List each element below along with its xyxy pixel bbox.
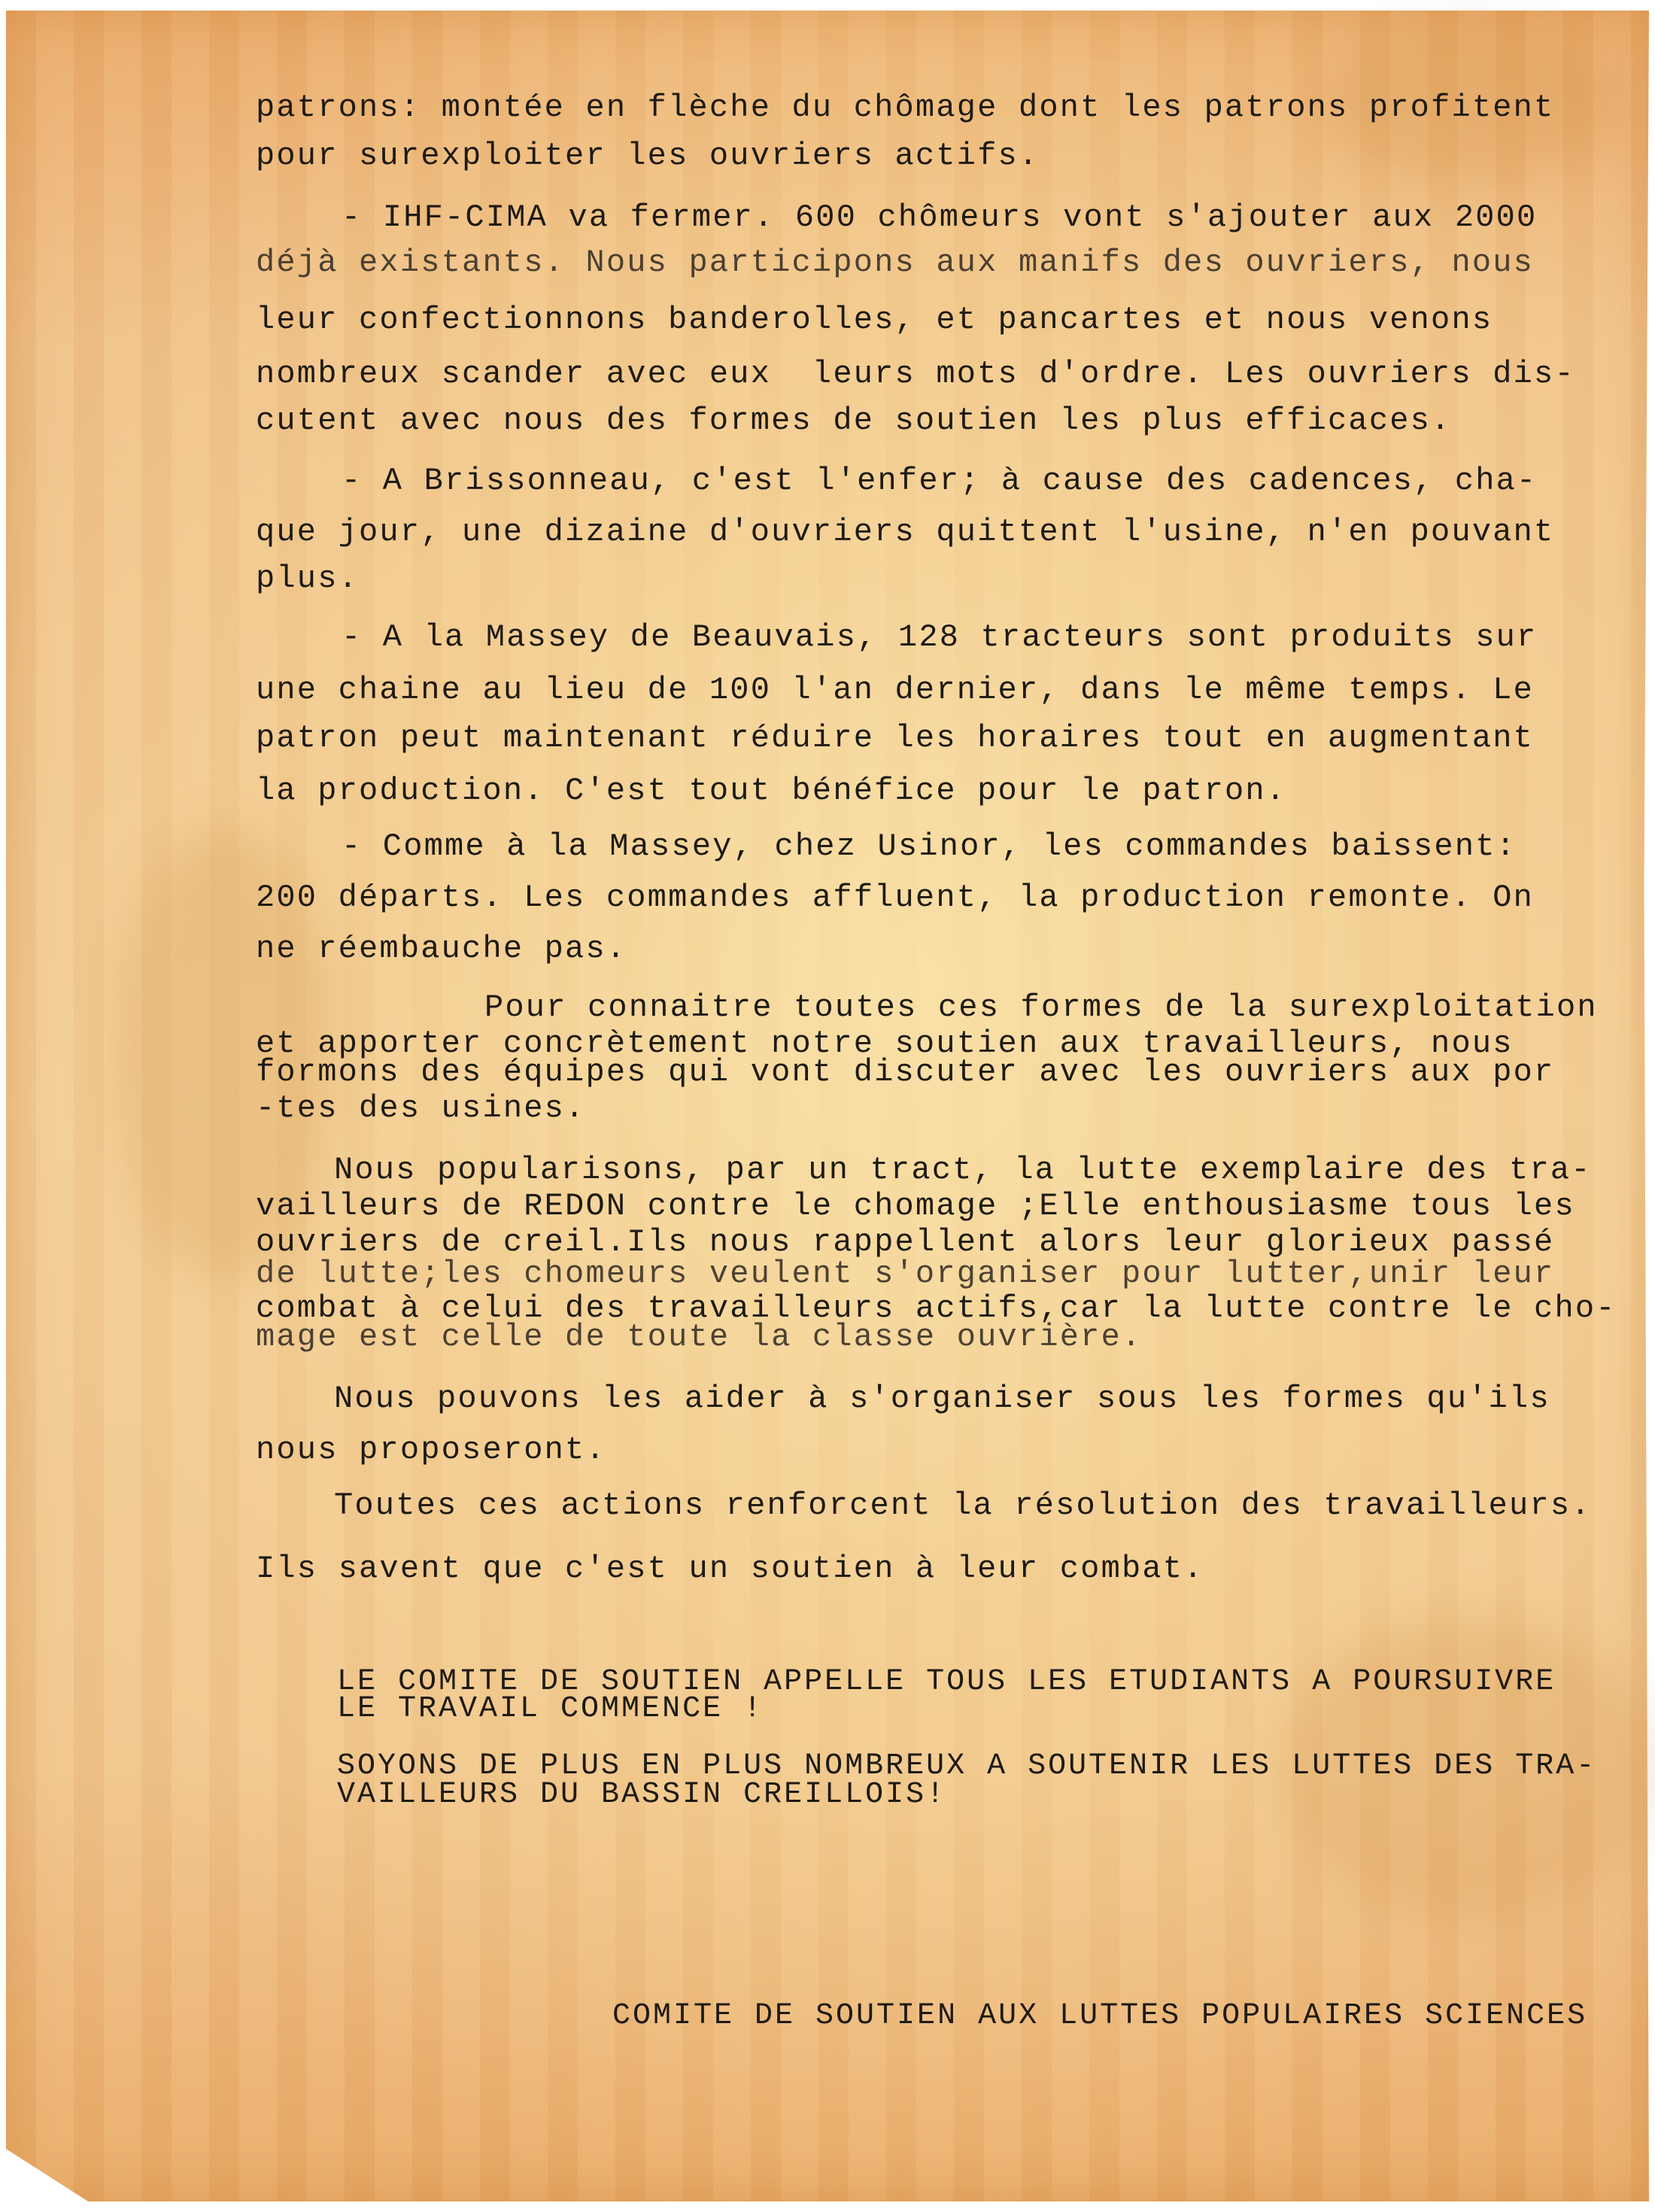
appeal-line: LE TRAVAIL COMMENCE ! [337, 1694, 764, 1724]
body-line: de lutte;les chomeurs veulent s'organise… [256, 1258, 1554, 1290]
body-line: ne réembauche pas. [256, 933, 627, 965]
appeal-line: SOYONS DE PLUS EN PLUS NOMBREUX A SOUTEN… [337, 1752, 1596, 1782]
body-line: plus. [256, 563, 359, 594]
body-line: formons des équipes qui vont discuter av… [256, 1056, 1554, 1088]
body-line: - IHF-CIMA va fermer. 600 chômeurs vont … [342, 202, 1537, 233]
body-line: - A la Massey de Beauvais, 128 tracteurs… [342, 621, 1537, 653]
body-line: la production. C'est tout bénéfice pour … [256, 775, 1286, 807]
body-line: leur confectionnons banderolles, et panc… [256, 304, 1493, 336]
body-line: cutent avec nous des formes de soutien l… [256, 405, 1451, 436]
body-line: une chaine au lieu de 100 l'an dernier, … [256, 674, 1534, 706]
body-line: patron peut maintenant réduire les horai… [256, 722, 1534, 754]
body-line: mage est celle de toute la classe ouvriè… [256, 1321, 1142, 1353]
body-line: Pour connaitre toutes ces formes de la s… [484, 992, 1598, 1023]
body-line: 200 départs. Les commandes affluent, la … [256, 882, 1534, 913]
body-line: - A Brissonneau, c'est l'enfer; à cause … [342, 465, 1537, 497]
body-line: ouvriers de creil.Ils nous rappellent al… [256, 1226, 1554, 1258]
body-line: Nous pouvons les aider à s'organiser sou… [334, 1383, 1550, 1414]
body-line: pour surexploiter les ouvriers actifs. [256, 140, 1039, 172]
body-line: Ils savent que c'est un soutien à leur c… [256, 1553, 1204, 1585]
body-line: nombreux scander avec eux leurs mots d'o… [256, 358, 1575, 390]
body-line: déjà existants. Nous participons aux man… [256, 247, 1534, 278]
body-line: Nous popularisons, par un tract, la lutt… [334, 1154, 1592, 1186]
body-line: -tes des usines. [256, 1092, 585, 1124]
appeal-line: VAILLEURS DU BASSIN CREILLOIS! [337, 1780, 946, 1810]
signature: COMITE DE SOUTIEN AUX LUTTES POPULAIRES … [612, 2001, 1587, 2031]
body-line: patrons: montée en flèche du chômage don… [256, 92, 1554, 123]
body-line: que jour, une dizaine d'ouvriers quitten… [256, 516, 1554, 548]
body-line: nous proposeront. [256, 1434, 606, 1466]
body-line: Toutes ces actions renforcent la résolut… [334, 1490, 1592, 1521]
body-line: vailleurs de REDON contre le chomage ;El… [256, 1190, 1575, 1222]
body-line: - Comme à la Massey, chez Usinor, les co… [342, 831, 1517, 862]
